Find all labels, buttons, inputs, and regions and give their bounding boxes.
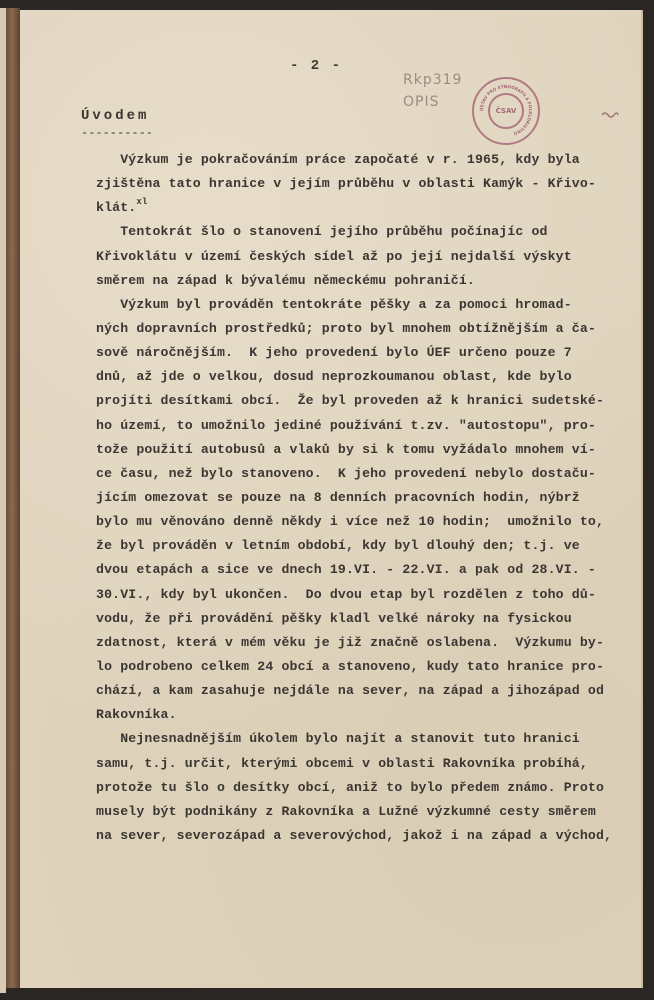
text-line: 30.VI., kdy byl ukončen. Do dvou etap by… bbox=[96, 583, 654, 607]
text-line: ce času, než bylo stanoveno. K jeho prov… bbox=[96, 462, 654, 486]
text-line: sově náročnějším. K jeho provedení bylo … bbox=[96, 341, 654, 365]
margin-pencil-mark-icon bbox=[600, 110, 620, 120]
text-line: zdatnost, která v mém věku je již značně… bbox=[96, 631, 654, 655]
text-line: dvou etapách a sice ve dnech 19.VI. - 22… bbox=[96, 558, 654, 582]
text-line-with-footnote: klát.xl bbox=[96, 196, 654, 220]
text-line: musely být podnikány z Rakovníka a Lužné… bbox=[96, 800, 654, 824]
text-line: ných dopravních prostředků; proto byl mn… bbox=[96, 317, 654, 341]
text-line: bylo mu věnováno denně někdy i více než … bbox=[96, 510, 654, 534]
text-line: lo podrobeno celkem 24 obcí a stanoveno,… bbox=[96, 655, 654, 679]
section-heading: Úvodem bbox=[81, 108, 149, 124]
text-line: na sever, severozápad a severovýchod, ja… bbox=[96, 824, 654, 848]
heading-underline: ---------- bbox=[81, 126, 153, 140]
typewritten-page: - 2 - Rkp319 OPIS ÚSTAV PRO ETNOGRAFII A… bbox=[20, 10, 643, 988]
text-line: projíti desítkami obcí. Že byl proveden … bbox=[96, 389, 654, 413]
text-line: že byl prováděn v letním období, kdy byl… bbox=[96, 534, 654, 558]
institution-round-stamp-icon: ÚSTAV PRO ETNOGRAFII A FOLKLORISTIKU ČSA… bbox=[472, 77, 540, 145]
text-line: protože tu šlo o desítky obcí, aniž to b… bbox=[96, 776, 654, 800]
archive-stamp: Rkp319 OPIS bbox=[403, 69, 462, 113]
text-line: Nejnesnadnějším úkolem bylo najít a stan… bbox=[96, 727, 654, 751]
text-line: chází, a kam zasahuje nejdále na sever, … bbox=[96, 679, 654, 703]
body-text: Výzkum je pokračováním práce započaté v … bbox=[96, 148, 654, 848]
page-number: - 2 - bbox=[290, 58, 342, 74]
text-line: ho území, to umožnilo jediné používání t… bbox=[96, 414, 654, 438]
text-line: Rakovníka. bbox=[96, 703, 654, 727]
text-line: Křivoklátu v území českých sídel až po j… bbox=[96, 245, 654, 269]
text-line: Tentokrát šlo o stanovení jejího průběhu… bbox=[96, 220, 654, 244]
stamp-center: ČSAV bbox=[488, 93, 524, 129]
book-binding-edge bbox=[6, 8, 20, 988]
archive-signature: Rkp319 bbox=[403, 69, 462, 91]
text-line: Výzkum je pokračováním práce započaté v … bbox=[96, 148, 654, 172]
archive-copy-label: OPIS bbox=[403, 91, 462, 113]
footnote-marker: xl bbox=[136, 197, 147, 207]
text-line: Výzkum byl prováděn tentokráte pěšky a z… bbox=[96, 293, 654, 317]
text-line: tože použití autobusů a vlaků by si k to… bbox=[96, 438, 654, 462]
text-line: klát. bbox=[96, 200, 136, 215]
text-line: zjištěna tato hranice v jejím průběhu v … bbox=[96, 172, 654, 196]
text-line: vodu, že při provádění pěšky kladl velké… bbox=[96, 607, 654, 631]
text-line: samu, t.j. určit, kterými obcemi v oblas… bbox=[96, 752, 654, 776]
text-line: směrem na západ k bývalému německému poh… bbox=[96, 269, 654, 293]
text-line: dnů, až jde o velkou, dosud neprozkouman… bbox=[96, 365, 654, 389]
text-line: jícím omezovat se pouze na 8 denních pra… bbox=[96, 486, 654, 510]
